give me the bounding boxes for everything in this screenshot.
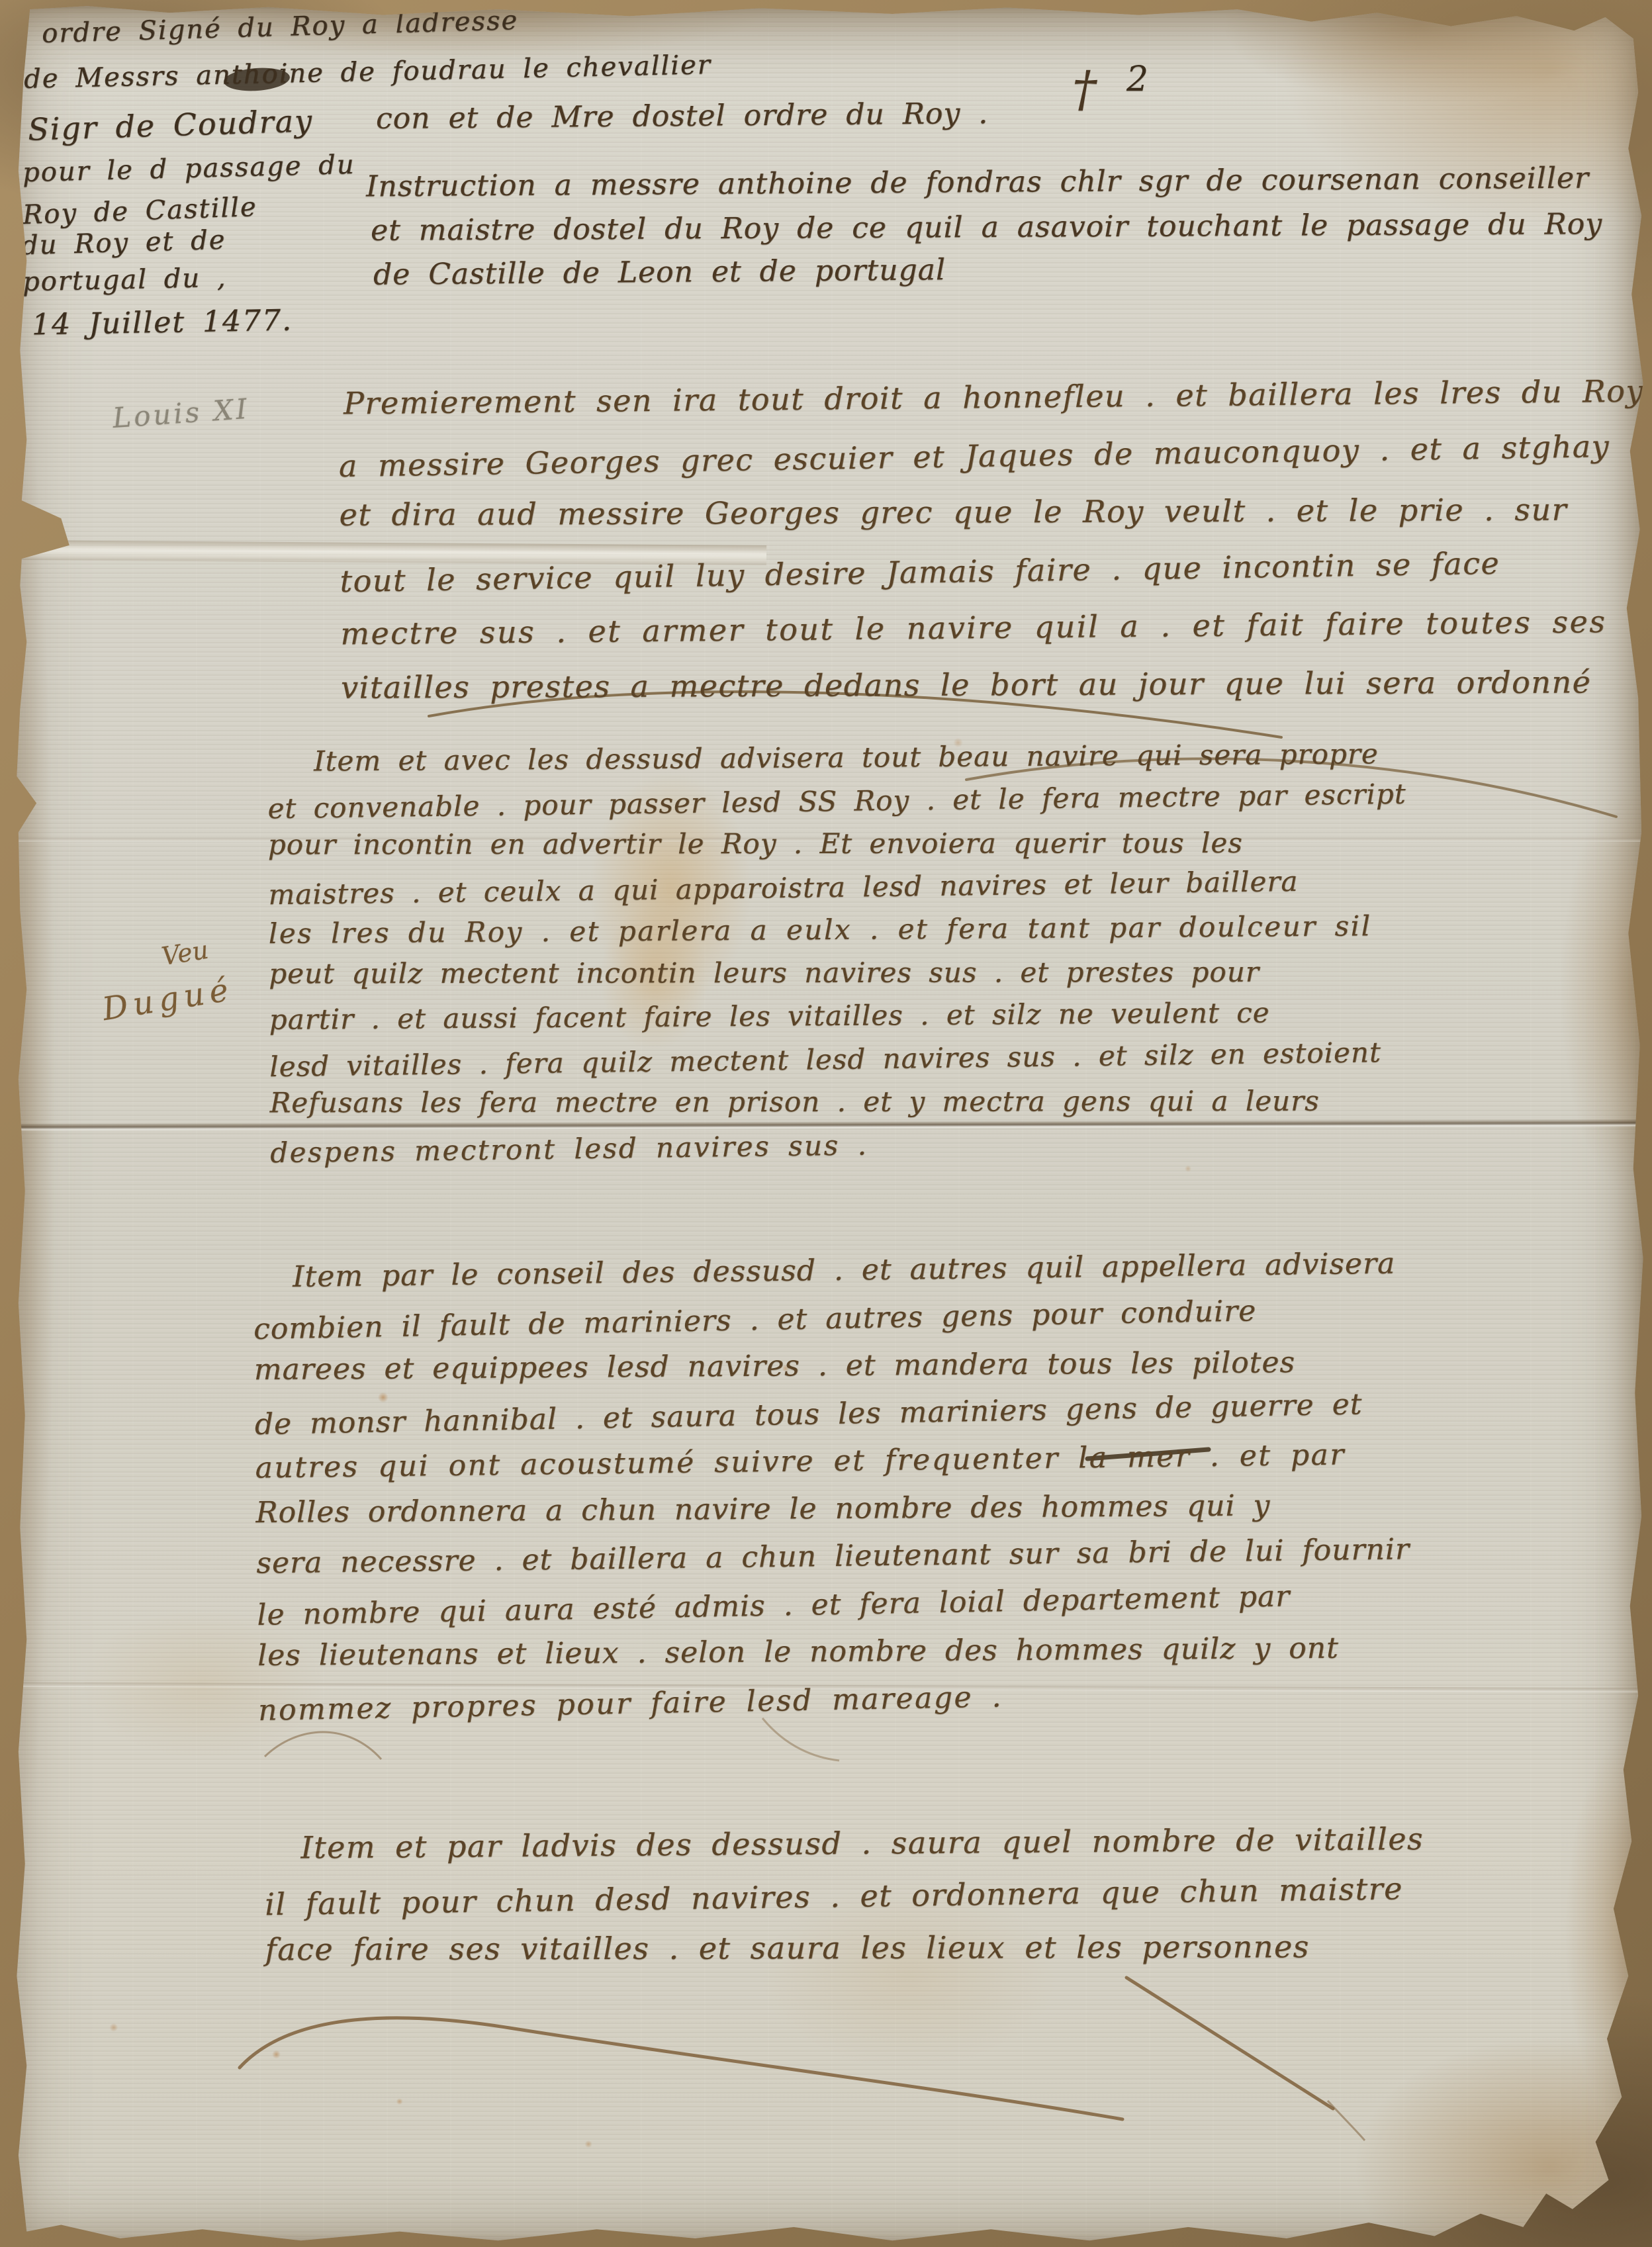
heading-line: con et de Mre dostel ordre du Roy . [376,97,989,136]
margin-note-line: Roy de Castille [22,192,257,230]
manuscript-line: les lieutenans et lieux . selon le nombr… [257,1624,1411,1680]
manuscript-line: peut quilz mectent incontin leurs navire… [269,950,1407,995]
manuscript-line: de monsr hannibal . et saura tous les ma… [254,1380,1408,1449]
pencil-annotation: Louis XI [112,392,251,434]
manuscript-line: les lres du Roy . et parlera a eulx . et… [269,904,1408,955]
manuscript-line: combien il fault de mariniers . et autre… [253,1285,1407,1353]
small-flourish-1 [265,1732,381,1759]
manuscript-line: mectre sus . et armer tout le navire qui… [340,592,1652,663]
manuscript-line: Item par le conseil des dessusd . et aut… [253,1240,1406,1301]
manuscript-line: le nombre qui aura esté admis . et fera … [257,1571,1411,1639]
manuscript-line: Item et avec les dessusd advisera tout b… [267,732,1406,783]
margin-note-line: pour le d passage du [23,150,355,188]
manuscript-line: marees et equippees lesd navires . et ma… [254,1338,1408,1394]
margin-note-line: de Messrs anthoine de foudrau le chevall… [24,50,712,95]
fold-crease-middle [5,1119,1652,1132]
manuscript-line: tout le service quil luy desire Jamais f… [340,530,1652,610]
manuscript-line: nommez propres pour faire lesd mareage . [257,1666,1412,1735]
manuscript-line: partir . et aussi facent faire les vitai… [269,990,1408,1041]
paragraph-item-navires: Item et avec les dessusd advisera tout b… [267,732,1409,1170]
side-note-line: Veu [160,935,210,972]
manuscript-line: pour incontin en advertir le Roy . Et en… [268,821,1406,866]
manuscript-line: a messire Georges grec escuier et Jaques… [338,415,1652,495]
folio-number: 2 [1126,60,1148,99]
manuscript-line: vitailles prestes a mectre dedans le bor… [341,653,1652,717]
manuscript-line: sera necessre . et baillera a chun lieut… [256,1526,1410,1587]
manuscript-line: Item et par ladvis des dessusd . saura q… [264,1813,1424,1874]
fold-crease-faint-upper [5,838,1652,842]
margin-date: 14 Juillet 1477. [32,304,293,342]
manuscript-line: Rolles ordonnera a chun navire le nombre… [255,1481,1409,1537]
fold-crease-faint-lower [5,1682,1652,1693]
ink-blot [223,66,291,93]
margin-note-line: Sigr de Coudray [27,103,313,148]
small-flourish-2 [762,1718,839,1761]
side-note-line: Dugué [100,971,236,1029]
manuscript-line: et dira aud messire Georges grec que le … [339,480,1652,544]
diagonal-pen-stroke [1126,1978,1333,2109]
diagonal-pen-stroke-tail [1328,2101,1365,2140]
cross-mark: † [1072,61,1097,118]
heading-line: Instruction a messre anthoine de fondras… [366,161,1589,204]
manuscript-line: maistres . et ceulx a qui apparoistra le… [268,858,1407,917]
manuscript-line: autres qui ont acoustumé suivre et frequ… [255,1430,1408,1492]
paragraph-item-vitailles: Item et par ladvis des dessusd . saura q… [264,1813,1424,1979]
paraph-swash-1 [429,692,1281,737]
paraph-swash-2 [966,758,1616,817]
margin-note-line: portugal du , [23,263,227,297]
paragraph-item-mariniers: Item par le conseil des dessusd . et aut… [253,1240,1412,1730]
manuscript-line: et convenable . pour passer lesd SS Roy … [267,772,1406,831]
manuscript-line: lesd vitailles . fera quilz mectent lesd… [269,1031,1408,1089]
manuscript-line: face faire ses vitailles . et saura les … [265,1921,1425,1976]
strikethrough-mark [1087,1449,1209,1459]
margin-note-line: du Roy et de [21,225,226,261]
manuscript-page: ordre Signé du Roy a ladresse de Messrs … [5,3,1648,2245]
heading-line: de Castille de Leon et de portugal [373,253,946,292]
manuscript-line: Refusans les fera mectre en prison . et … [270,1079,1408,1124]
manuscript-line: il fault pour chun desd navires . et ord… [265,1862,1425,1931]
paragraph-premierement: Premierement sen ira tout droit a honnef… [338,361,1652,721]
closing-swash [240,2018,1123,2119]
heading-line: et maistre dostel du Roy de ce quil a as… [371,207,1602,248]
manuscript-line: Premierement sen ira tout droit a honnef… [338,361,1652,433]
fold-crease-upper-left [5,540,766,565]
